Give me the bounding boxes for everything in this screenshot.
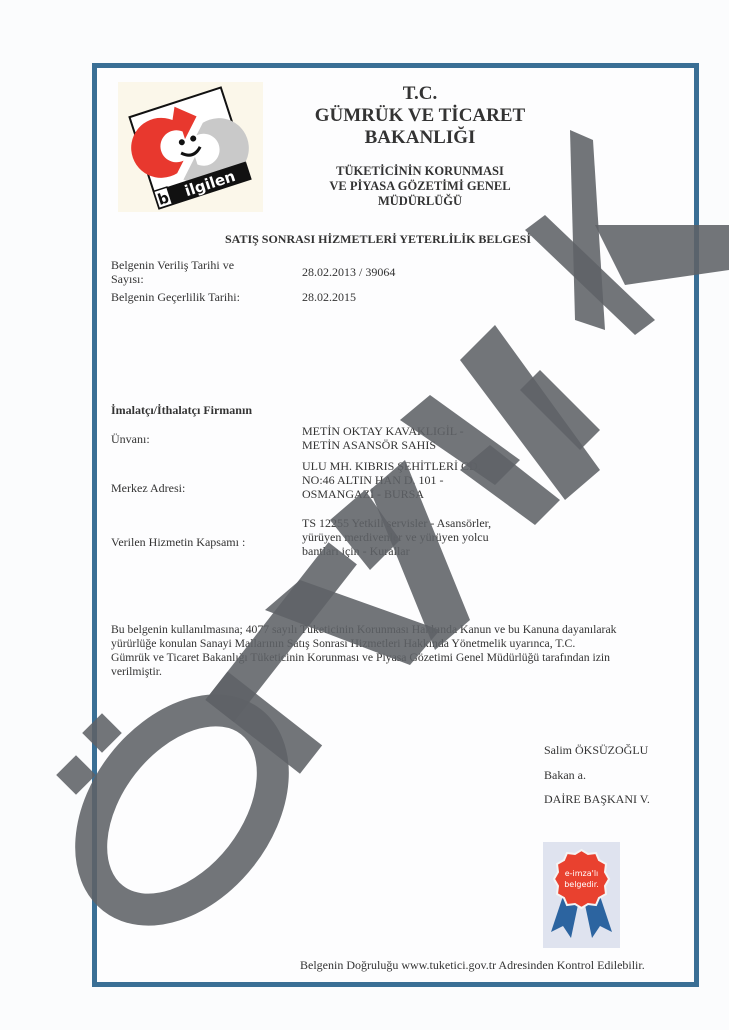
value-line: METİN ASANSÖR SAHIS bbox=[302, 438, 464, 452]
company-title-value: METİN OKTAY KAVAKLIGİL - METİN ASANSÖR S… bbox=[302, 424, 464, 452]
scope-value: TS 12255 Yetkili servisler - Asansörler,… bbox=[302, 516, 491, 558]
issue-label: Belgenin Veriliş Tarihi ve Sayısı: bbox=[111, 258, 234, 286]
e-signature-badge: e-imza'lı belgedir. bbox=[543, 842, 620, 948]
value-line: NO:46 ALTIN HAN D. 101 - bbox=[302, 473, 481, 487]
value-line: bantları için - Kurallar bbox=[302, 544, 491, 558]
verification-footer: Belgenin Doğruluğu www.tuketici.gov.tr A… bbox=[300, 958, 645, 973]
department-line: VE PİYASA GÖZETİMİ GENEL bbox=[280, 179, 560, 194]
ministry-name: GÜMRÜK VE TİCARET BAKANLIĞI bbox=[280, 105, 560, 149]
document-title: SATIŞ SONRASI HİZMETLERİ YETERLİLİK BELG… bbox=[225, 232, 531, 247]
issue-value: 28.02.2013 / 39064 bbox=[302, 265, 395, 279]
company-section-title: İmalatçı/İthalatçı Firmanın bbox=[111, 403, 252, 418]
validity-value: 28.02.2015 bbox=[302, 290, 356, 304]
rosette-ribbon-icon: e-imza'lı belgedir. bbox=[543, 842, 620, 948]
statement-line: verilmiştir. bbox=[111, 665, 691, 679]
department-name: TÜKETİCİNİN KORUNMASI VE PİYASA GÖZETİMİ… bbox=[280, 164, 560, 209]
svg-text:e-imza'lı: e-imza'lı bbox=[565, 869, 599, 878]
signatory-on-behalf: Bakan a. bbox=[544, 768, 586, 783]
value-line: TS 12255 Yetkili servisler - Asansörler, bbox=[302, 516, 491, 530]
label-line: Belgenin Veriliş Tarihi ve bbox=[111, 258, 234, 272]
signatory-position: DAİRE BAŞKANI V. bbox=[544, 792, 650, 807]
statement-line: yürürlüğe konulan Sanayi Mallarının Satı… bbox=[111, 637, 691, 651]
value-line: OSMANGAZİ - BURSA bbox=[302, 487, 481, 501]
value-line: METİN OKTAY KAVAKLIGİL - bbox=[302, 424, 464, 438]
legal-statement: Bu belgenin kullanılmasına; 4077 sayılı … bbox=[111, 623, 691, 679]
address-label: Merkez Adresi: bbox=[111, 481, 185, 495]
statement-line: Gümrük ve Ticaret Bakanlığı Tüketicinin … bbox=[111, 651, 691, 665]
ministry-line: GÜMRÜK VE TİCARET bbox=[280, 105, 560, 127]
validity-label: Belgenin Geçerlilik Tarihi: bbox=[111, 290, 240, 304]
svg-text:belgedir.: belgedir. bbox=[564, 880, 599, 889]
ministry-line: BAKANLIĞI bbox=[280, 127, 560, 149]
label-line: Sayısı: bbox=[111, 272, 234, 286]
value-line: ULU MH. KIBRIS ŞEHİTLERİ CD. bbox=[302, 459, 481, 473]
department-line: MÜDÜRLÜĞÜ bbox=[280, 194, 560, 209]
address-value: ULU MH. KIBRIS ŞEHİTLERİ CD. NO:46 ALTIN… bbox=[302, 459, 481, 501]
signatory-name: Salim ÖKSÜZOĞLU bbox=[544, 743, 648, 758]
scope-label: Verilen Hizmetin Kapsamı : bbox=[111, 535, 245, 549]
company-title-label: Ünvanı: bbox=[111, 432, 150, 446]
department-line: TÜKETİCİNİN KORUNMASI bbox=[280, 164, 560, 179]
statement-line: Bu belgenin kullanılmasına; 4077 sayılı … bbox=[111, 623, 691, 637]
republic-label: T.C. bbox=[280, 83, 560, 105]
bilgilen-logo: b ilgilen bbox=[118, 82, 263, 212]
value-line: yürüyen merdivenler ve yürüyen yolcu bbox=[302, 530, 491, 544]
